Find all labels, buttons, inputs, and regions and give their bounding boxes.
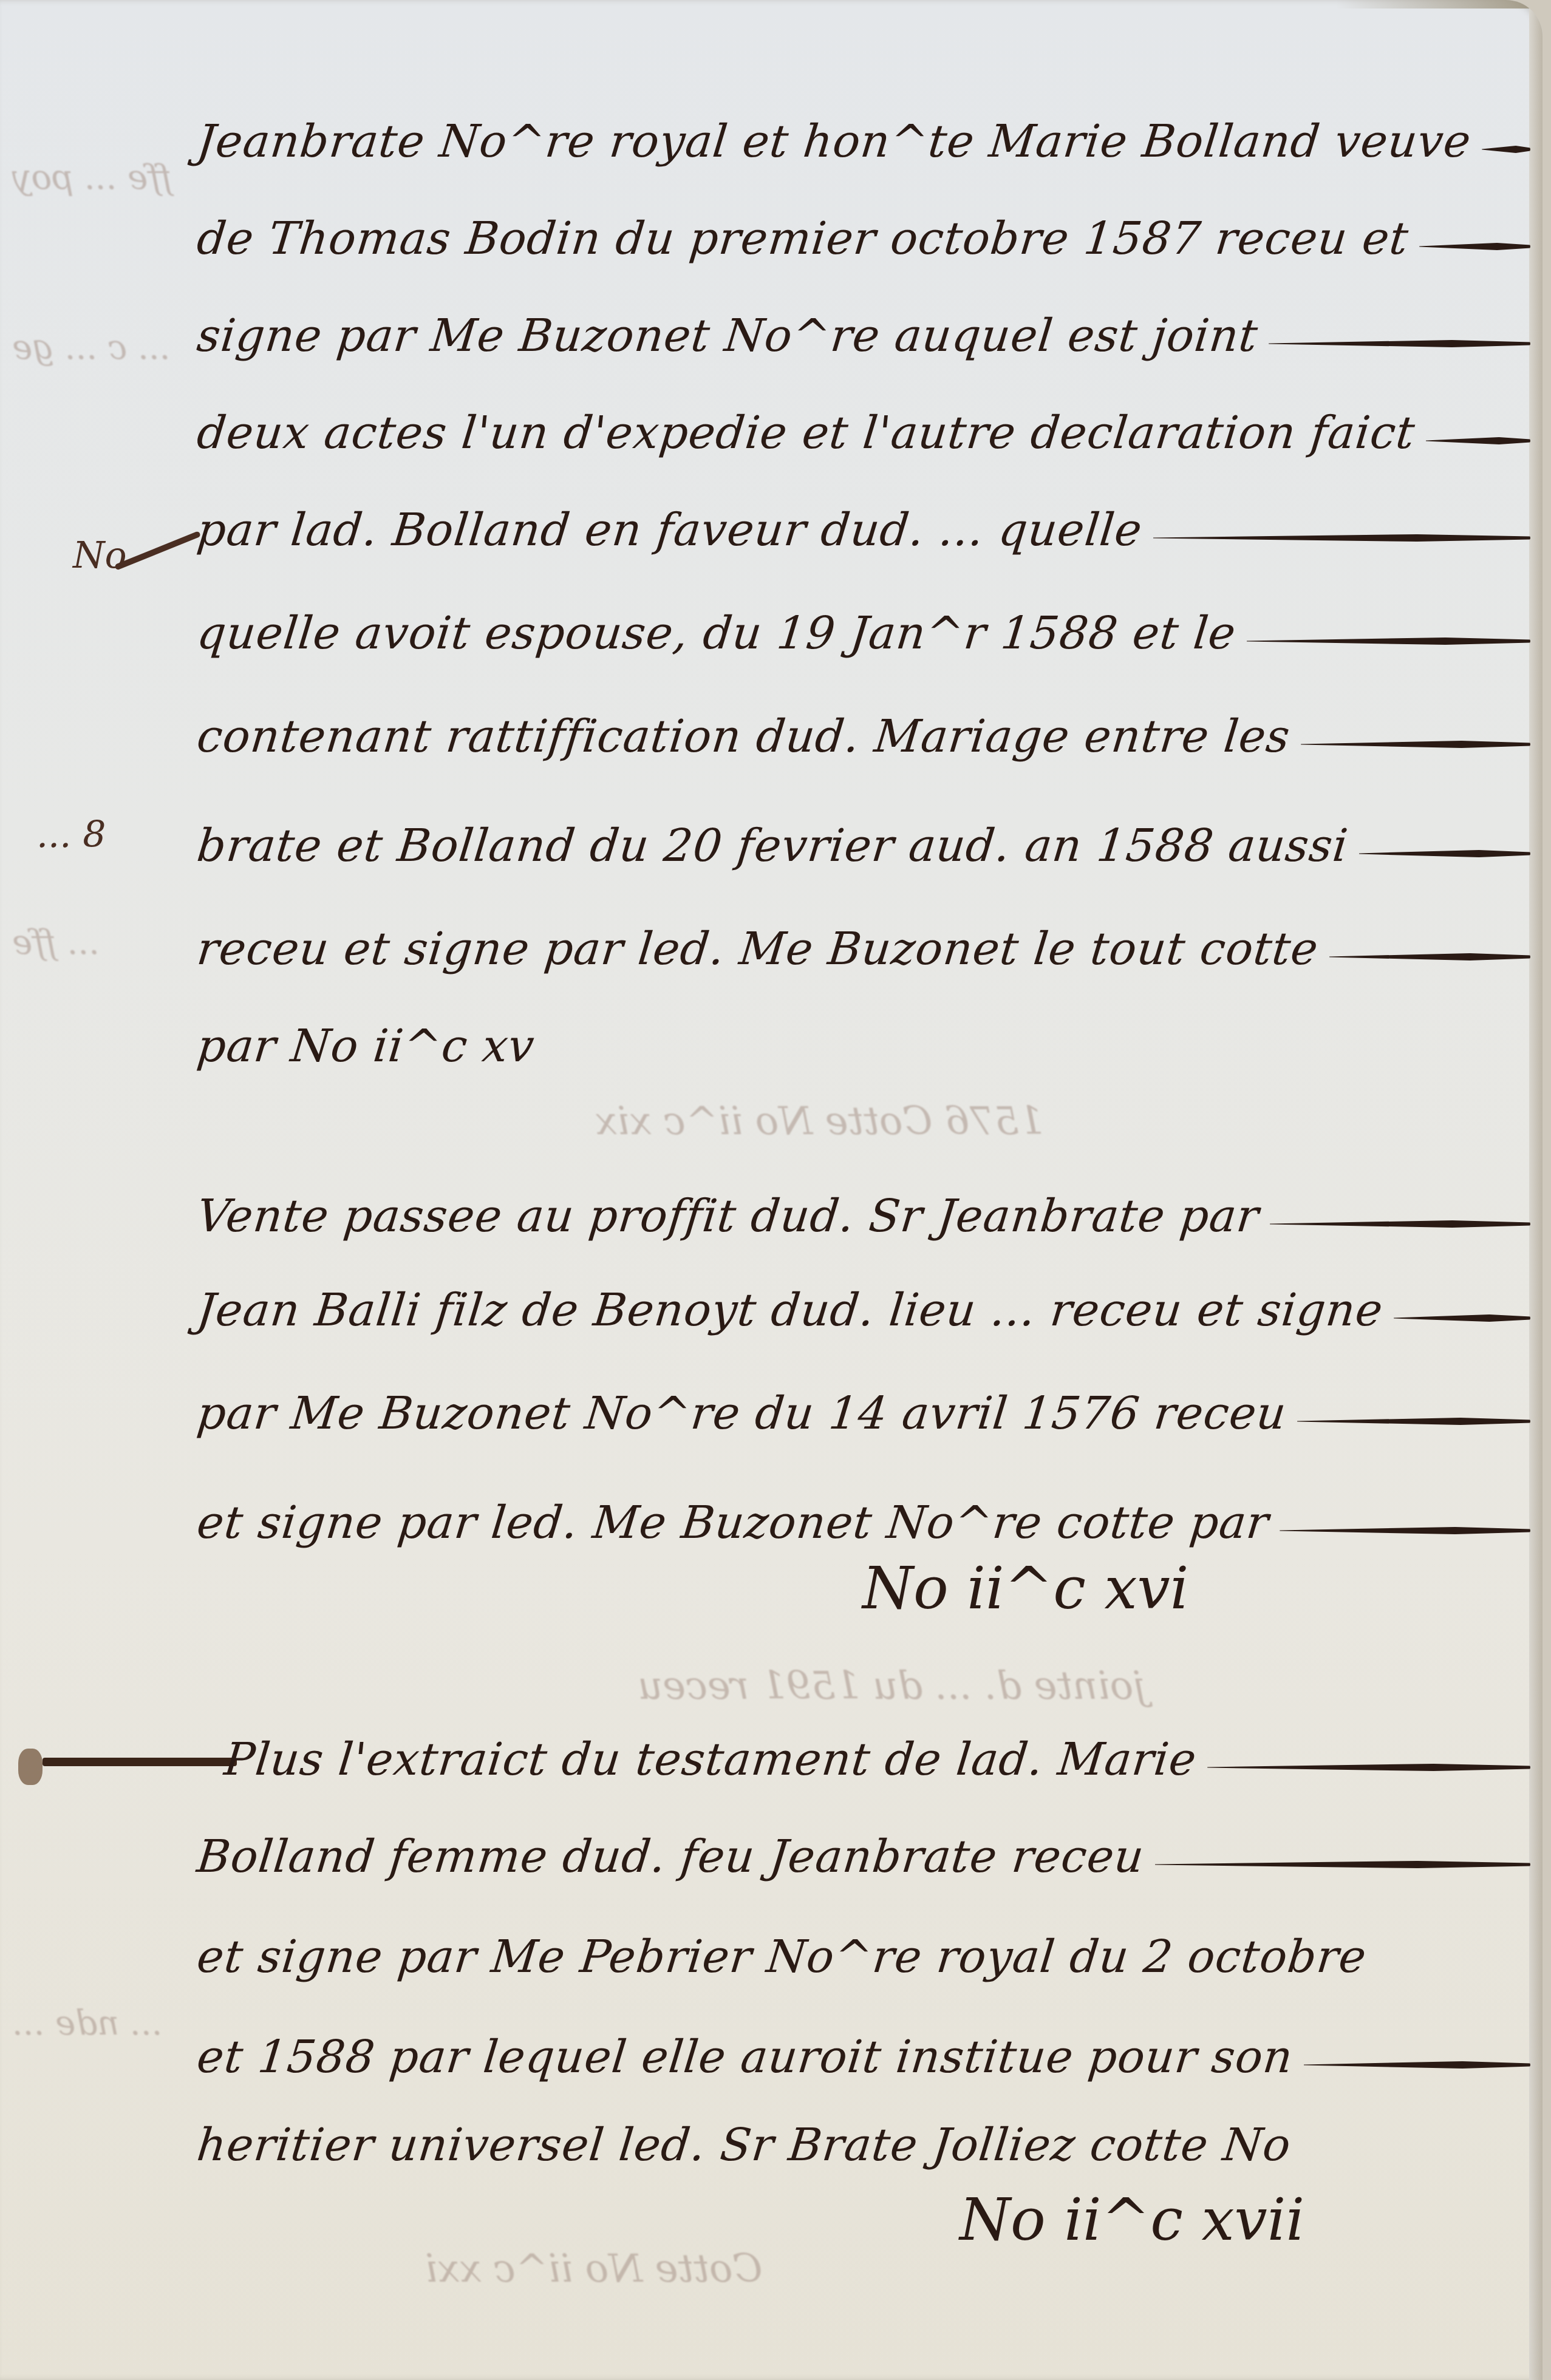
bleed-through-text: 1576 Cotte No ii^c xix — [595, 1099, 1044, 1144]
line-text: brate et Bolland du 20 fevrier aud. an 1… — [195, 823, 1350, 868]
text-line: par Me Buzonet No^re du 14 avril 1576 re… — [197, 1363, 1530, 1436]
line-text: receu et signe par led. Me Buzonet le to… — [195, 926, 1320, 971]
line-text: deux actes l'un d'expedie et l'autre dec… — [195, 410, 1417, 455]
text-line: Bolland femme dud. feu Jeanbrate receu — [197, 1806, 1530, 1879]
line-text: Bolland femme dud. feu Jeanbrate receu — [195, 1834, 1147, 1879]
line-filler — [1207, 1764, 1530, 1771]
manuscript-page: 1576 Cotte No ii^c xix jointe d. ... du … — [0, 0, 1542, 2380]
margin-bracket-stroke — [43, 1758, 237, 1766]
text-line: et 1588 par lequel elle auroit institue … — [197, 2007, 1530, 2079]
text-line: et signe par led. Me Buzonet No^re cotte… — [197, 1472, 1530, 1545]
line-text: Jeanbrate No^re royal et hon^te Marie Bo… — [195, 119, 1473, 164]
text-line: deux actes l'un d'expedie et l'autre dec… — [197, 382, 1530, 455]
line-text: de Thomas Bodin du premier octobre 1587 … — [195, 216, 1411, 261]
text-line: receu et signe par led. Me Buzonet le to… — [197, 899, 1530, 971]
page-edge — [1529, 0, 1542, 2380]
bleed-through-margin: ... nde ... — [12, 2004, 162, 2043]
line-text: heritier universel led. Sr Brate Jolliez… — [195, 2123, 1293, 2167]
text-line: et signe par Me Pebrier No^re royal du 2… — [197, 1906, 1530, 1979]
margin-note-number: No — [73, 534, 127, 577]
line-filler — [1301, 741, 1530, 748]
line-filler — [1359, 850, 1530, 857]
line-filler — [1270, 1220, 1530, 1228]
bleed-through-text: jointe d. ... du 1591 receu — [638, 1664, 1145, 1708]
line-text: par Me Buzonet No^re du 14 avril 1576 re… — [195, 1391, 1289, 1436]
text-line: Plus l'extraict du testament de lad. Mar… — [225, 1709, 1530, 1782]
text-line: de Thomas Bodin du premier octobre 1587 … — [197, 188, 1530, 261]
line-filler — [1329, 953, 1530, 960]
line-filler — [1269, 340, 1530, 347]
line-text: signe par Me Buzonet No^re auquel est jo… — [195, 313, 1260, 358]
line-text: et signe par led. Me Buzonet No^re cotte… — [195, 1500, 1271, 1545]
text-line: quelle avoit espouse, du 19 Jan^r 1588 e… — [197, 583, 1530, 656]
line-filler — [1304, 2061, 1530, 2069]
line-text: et signe par Me Pebrier No^re royal du 2… — [195, 1934, 1369, 1979]
line-filler — [1280, 1527, 1530, 1534]
ink-blot — [18, 1749, 43, 1785]
text-line: Jeanbrate No^re royal et hon^te Marie Bo… — [197, 91, 1530, 164]
text-line: par lad. Bolland en faveur dud. ... quel… — [197, 480, 1530, 552]
text-line: signe par Me Buzonet No^re auquel est jo… — [197, 285, 1530, 358]
margin-note: ... 8 — [36, 814, 106, 856]
line-text: et 1588 par lequel elle auroit institue … — [195, 2035, 1295, 2079]
line-text: par lad. Bolland en faveur dud. ... quel… — [195, 508, 1144, 552]
line-filler — [1247, 637, 1530, 645]
line-filler — [1419, 243, 1530, 250]
line-filler — [1297, 1418, 1530, 1425]
cote-number: No ii^c xvii — [960, 2186, 1304, 2254]
bleed-through-margin: ... ffe — [12, 923, 100, 962]
text-line: Vente passee au proffit dud. Sr Jeanbrat… — [197, 1166, 1530, 1239]
margin-pointer-stroke — [114, 531, 201, 570]
line-text: Jean Balli filz de Benoyt dud. lieu ... … — [195, 1288, 1385, 1333]
line-text: par No ii^c xv — [195, 1024, 537, 1069]
line-filler — [1155, 1861, 1530, 1868]
bleed-through-margin: ... c ... ge — [12, 328, 171, 367]
text-line: heritier universel led. Sr Brate Jolliez… — [197, 2095, 1530, 2167]
line-filler — [1426, 437, 1530, 444]
binding-shadow — [1336, 0, 1542, 8]
bleed-through-margin: ffe ... poy — [12, 158, 172, 197]
line-filler — [1394, 1314, 1530, 1322]
line-text: quelle avoit espouse, du 19 Jan^r 1588 e… — [195, 611, 1238, 656]
text-line: par No ii^c xv — [197, 996, 1530, 1069]
line-text: Vente passee au proffit dud. Sr Jeanbrat… — [195, 1194, 1261, 1239]
line-text: contenant rattiffication dud. Mariage en… — [195, 714, 1292, 759]
line-filler — [1153, 534, 1530, 542]
text-line: contenant rattiffication dud. Mariage en… — [197, 686, 1530, 759]
text-line: brate et Bolland du 20 fevrier aud. an 1… — [197, 795, 1530, 868]
line-text: Plus l'extraict du testament de lad. Mar… — [222, 1737, 1199, 1782]
bleed-through-text: Cotte No ii^c xxi — [425, 2246, 762, 2291]
text-line: Jean Balli filz de Benoyt dud. lieu ... … — [197, 1260, 1530, 1333]
line-filler — [1482, 146, 1530, 153]
cote-number: No ii^c xvi — [862, 1554, 1189, 1622]
